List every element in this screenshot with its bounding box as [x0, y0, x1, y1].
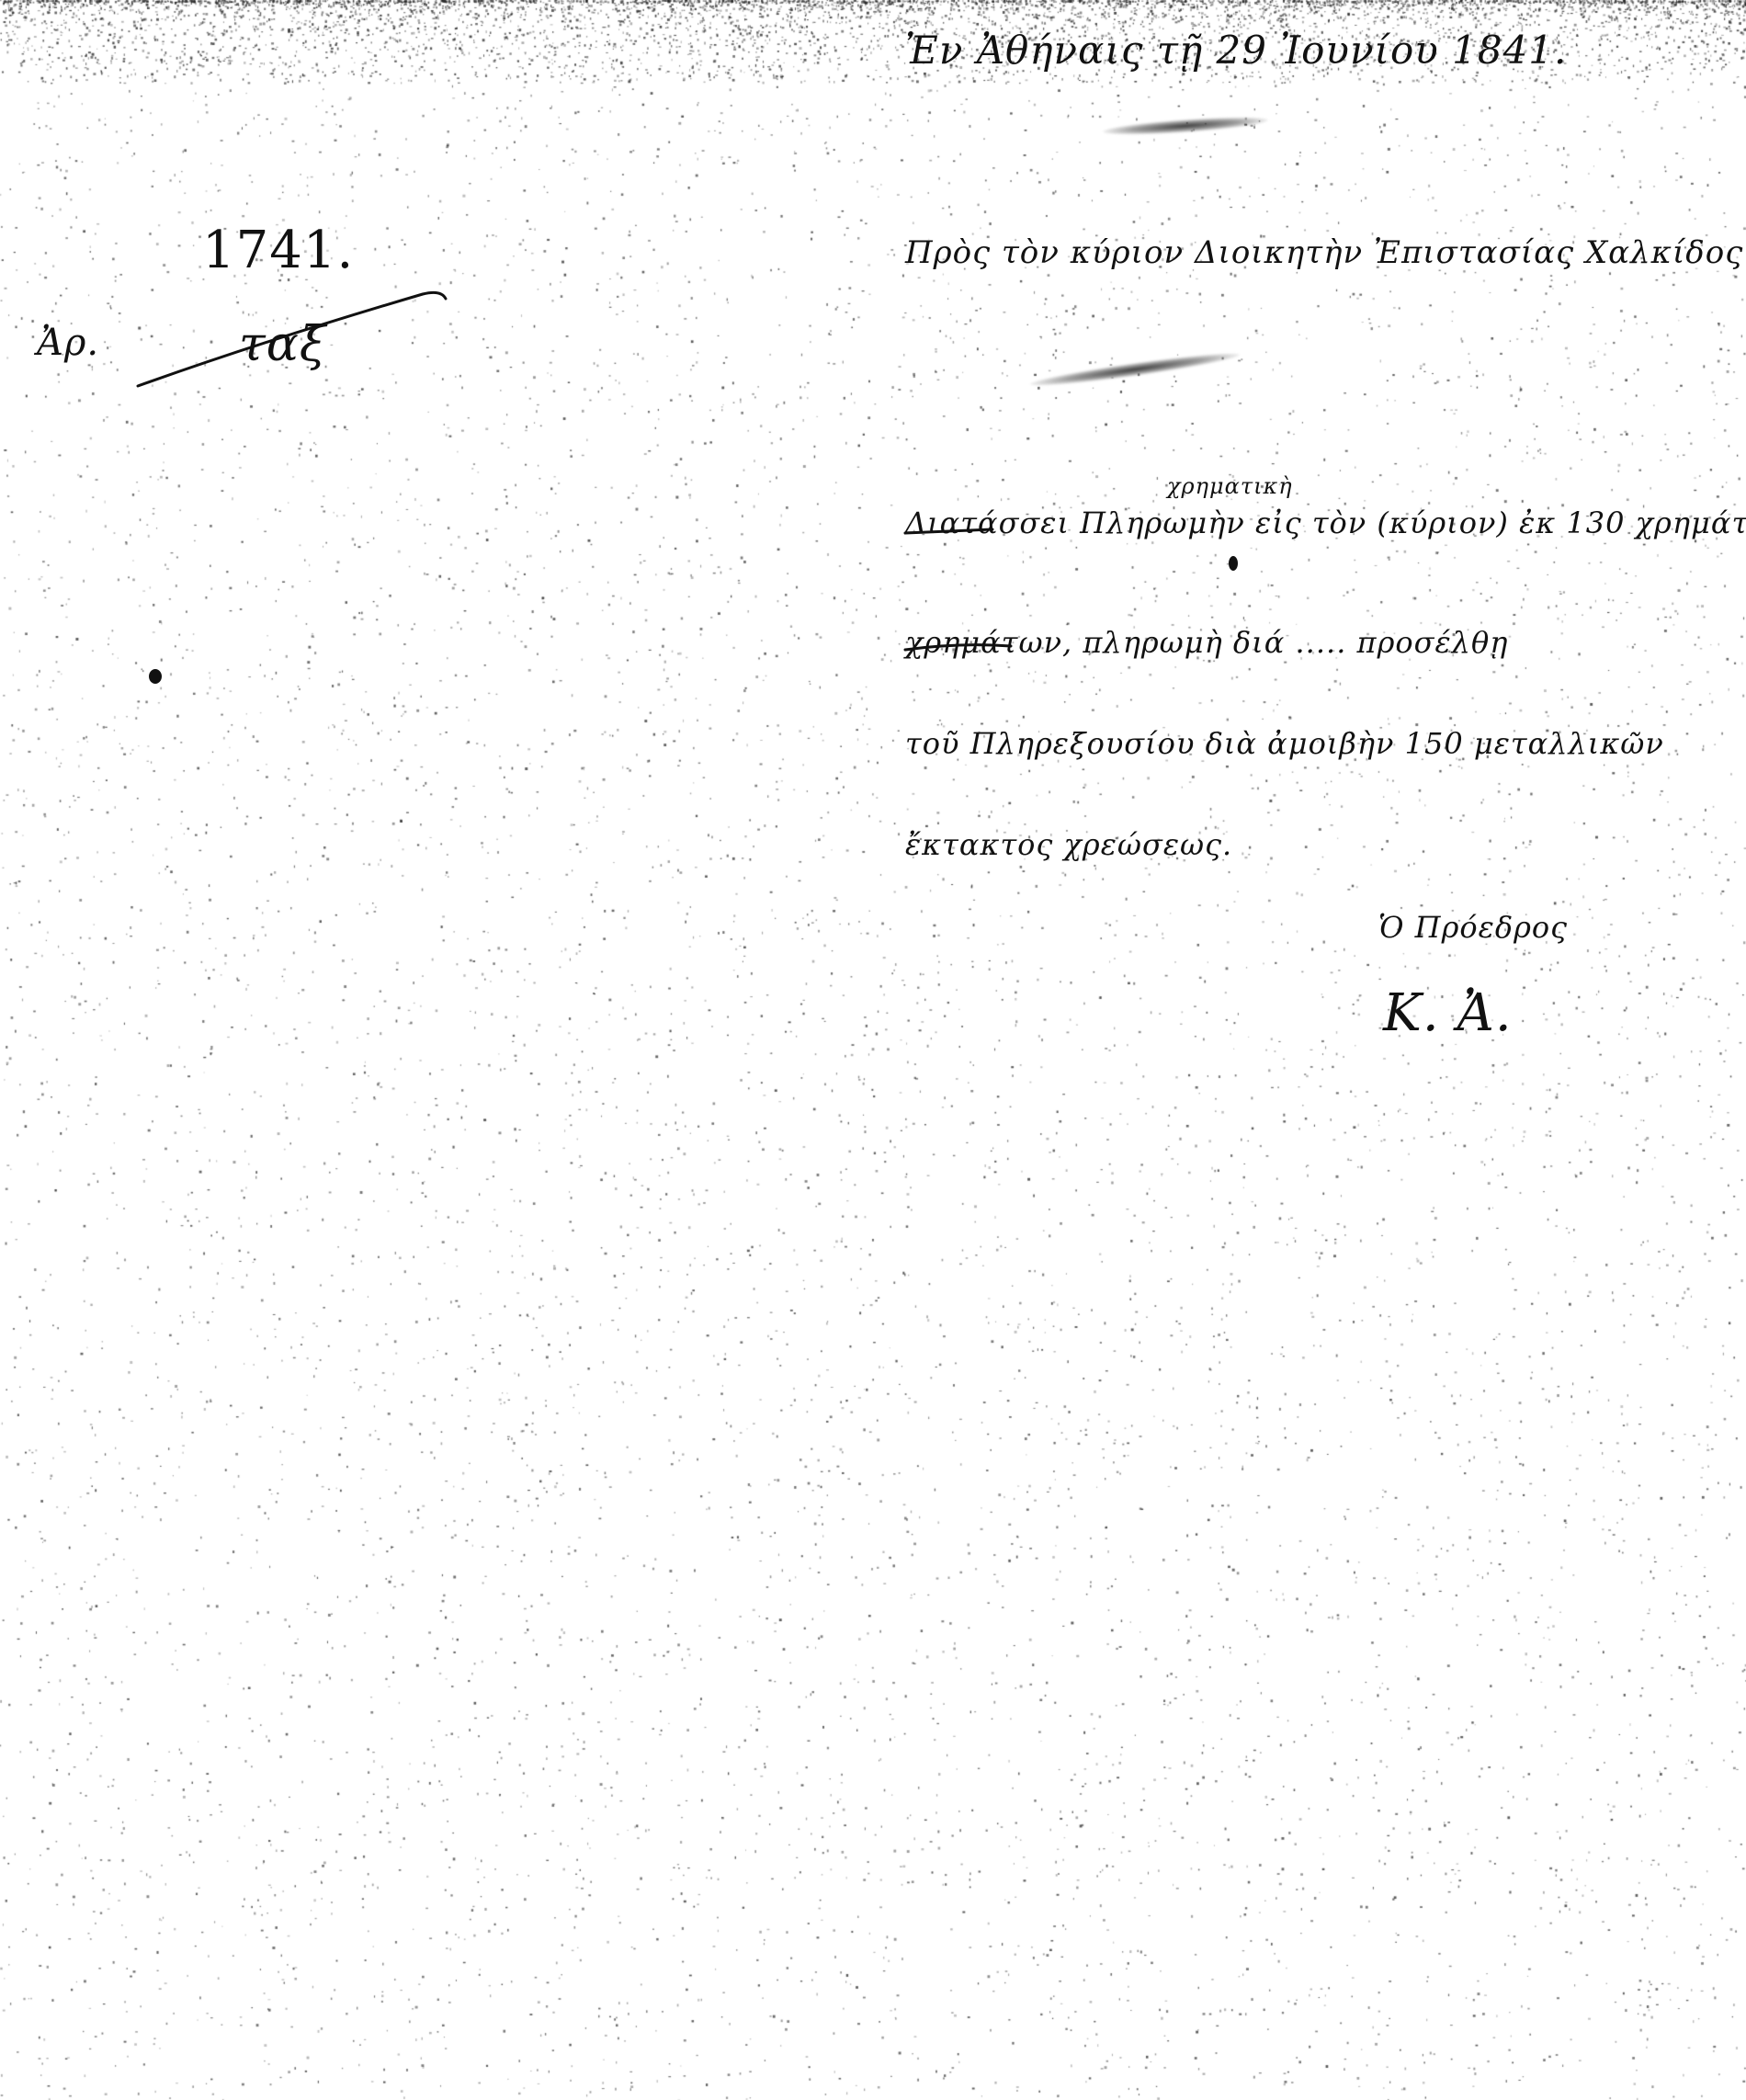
reference-sub: ταξ: [239, 317, 327, 372]
closing-title: Ὁ Πρόεδρος: [1378, 910, 1568, 945]
body-line-4: ἔκτακτος χρεώσεως.: [905, 827, 1232, 862]
header-date: Ἐν Ἀθήναις τῇ 29 Ἰουνίου 1841.: [905, 28, 1567, 73]
closing-signature: Κ. Ἀ.: [1383, 983, 1513, 1043]
strike-line-2: [905, 639, 1015, 657]
stray-ink-dot: [149, 669, 162, 684]
addressee-line: Πρὸς τὸν κύριον Διοικητὴν Ἐπιστασίας Χαλ…: [905, 234, 1743, 271]
ink-blot: [1229, 556, 1238, 571]
body-line-3: τοῦ Πληρεξουσίου διὰ ἀμοιβὴν 150 μεταλλι…: [905, 726, 1664, 761]
body-insertion: χρηματικὴ: [1167, 473, 1293, 499]
strike-line-1: [905, 524, 997, 542]
body-line-1: Διατάσσει Πληρωμὴν εἰς τὸν (κύριον) ἐκ 1…: [905, 505, 1746, 540]
reference-prefix: Ἀρ.: [37, 322, 99, 364]
